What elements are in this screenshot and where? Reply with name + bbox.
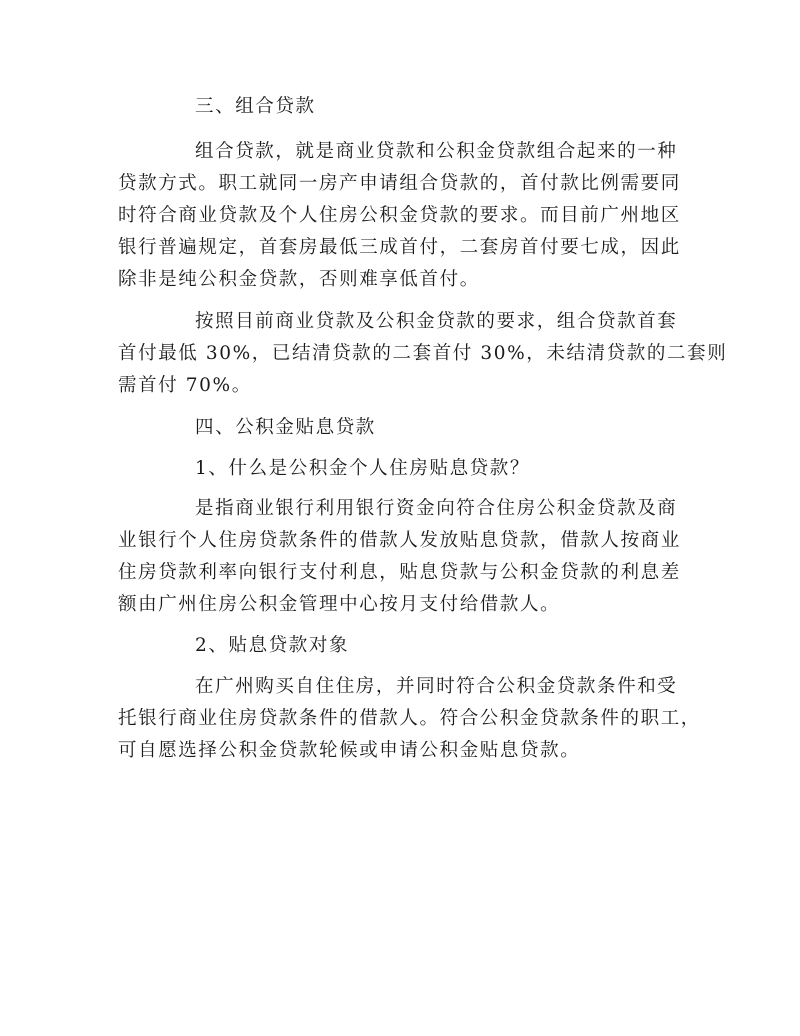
- paragraph-line: 是指商业银行利用银行资金向符合住房公积金贷款及商: [195, 493, 690, 525]
- paragraph-line: 除非是纯公积金贷款，否则难享低首付。: [118, 264, 688, 296]
- subsection-heading-eligible-borrowers: 2、贴息贷款对象: [195, 630, 690, 662]
- paragraph-line: 住房贷款利率向银行支付利息，贴息贷款与公积金贷款的利息差: [118, 557, 688, 589]
- paragraph-line: 可自愿选择公积金贷款轮候或申请公积金贴息贷款。: [118, 735, 688, 767]
- paragraph-line: 按照目前商业贷款及公积金贷款的要求，组合贷款首套: [195, 306, 690, 338]
- paragraph-line: 额由广州住房公积金管理中心按月支付给借款人。: [118, 589, 688, 621]
- paragraph-line: 需首付 70%。: [118, 370, 688, 402]
- document-page: 三、组合贷款 组合贷款，就是商业贷款和公积金贷款组合起来的一种 贷款方式。职工就…: [0, 0, 800, 1036]
- paragraph-line: 贷款方式。职工就同一房产申请组合贷款的，首付款比例需要同: [118, 168, 688, 200]
- paragraph-line: 银行普遍规定，首套房最低三成首付，二套房首付要七成，因此: [118, 232, 688, 264]
- paragraph-line: 业银行个人住房贷款条件的借款人发放贴息贷款，借款人按商业: [118, 525, 688, 557]
- paragraph-line: 组合贷款，就是商业贷款和公积金贷款组合起来的一种: [195, 136, 690, 168]
- paragraph-line: 时符合商业贷款及个人住房公积金贷款的要求。而目前广州地区: [118, 200, 688, 232]
- subsection-heading-what-is-subsidized-loan: 1、什么是公积金个人住房贴息贷款？: [195, 453, 690, 485]
- section-heading-subsidized-loan: 四、公积金贴息贷款: [195, 412, 690, 444]
- section-heading-combined-loan: 三、组合贷款: [195, 91, 690, 123]
- paragraph-line: 首付最低 30%，已结清贷款的二套首付 30%，未结清贷款的二套则: [118, 338, 688, 370]
- paragraph-line: 在广州购买自住住房，并同时符合公积金贷款条件和受: [195, 671, 690, 703]
- paragraph-line: 托银行商业住房贷款条件的借款人。符合公积金贷款条件的职工，: [118, 703, 688, 735]
